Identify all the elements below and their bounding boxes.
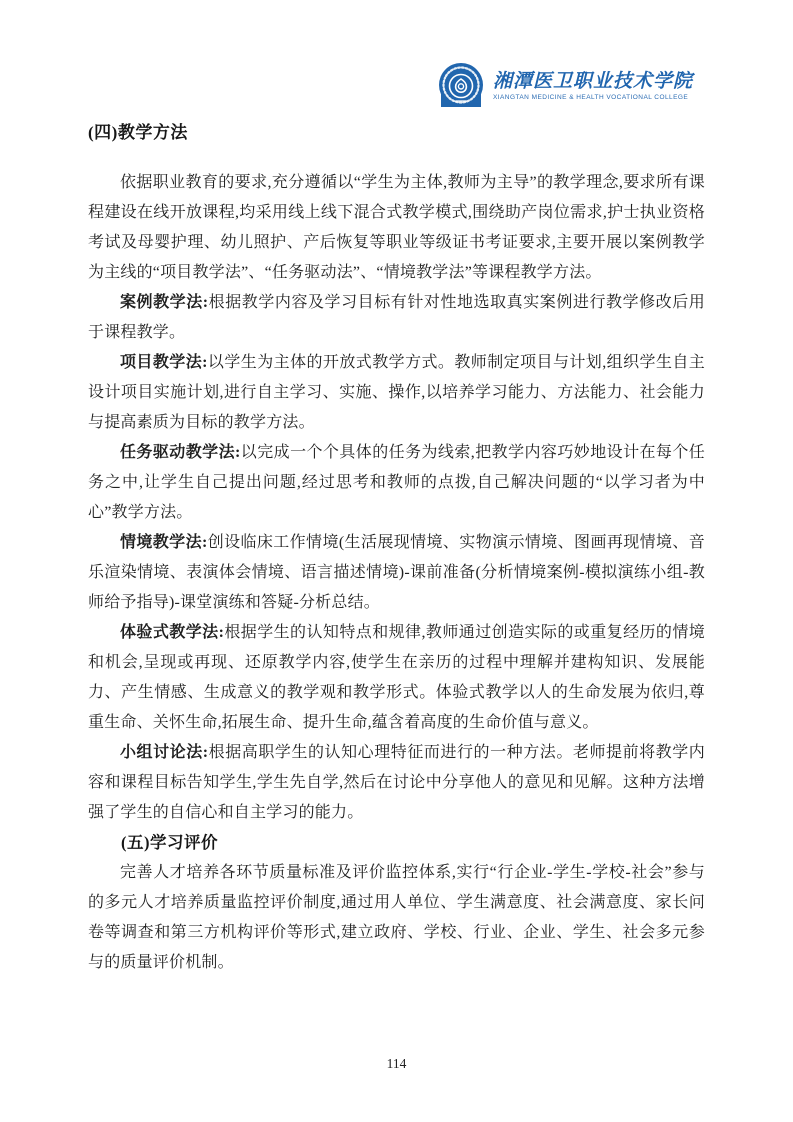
method-paragraph-group-discussion: 小组讨论法:根据高职学生的认知心理特征而进行的一种方法。老师提前将教学内容和课程… bbox=[88, 738, 705, 828]
method-term: 小组讨论法: bbox=[120, 744, 208, 761]
method-term: 项目教学法: bbox=[120, 354, 208, 371]
method-term: 体验式教学法: bbox=[120, 624, 224, 641]
college-name-chinese: 湘潭医卫职业技术学院 bbox=[493, 70, 693, 92]
document-content: (四)教学方法 依据职业教育的要求,充分遵循以“学生为主体,教师为主导”的教学理… bbox=[88, 120, 705, 978]
method-paragraph-experiential: 体验式教学法:根据学生的认知特点和规律,教师通过创造实际的或重复经历的情境和机会… bbox=[88, 618, 705, 738]
method-term: 案例教学法: bbox=[120, 294, 208, 311]
method-term: 任务驱动教学法: bbox=[120, 444, 241, 461]
evaluation-paragraph: 完善人才培养各环节质量标准及评价监控体系,实行“行企业-学生-学校-社会”参与的… bbox=[88, 858, 705, 978]
method-paragraph-task-driven: 任务驱动教学法:以完成一个个具体的任务为线索,把教学内容巧妙地设计在每个任务之中… bbox=[88, 438, 705, 528]
method-term: 情境教学法: bbox=[120, 534, 208, 551]
section-heading-teaching-methods: (四)教学方法 bbox=[88, 120, 705, 145]
college-logo-text: 湘潭医卫职业技术学院 XIANGTAN MEDICINE & HEALTH VO… bbox=[493, 70, 693, 101]
page-number: 114 bbox=[387, 1056, 407, 1072]
method-paragraph-project-teaching: 项目教学法:以学生为主体的开放式教学方式。教师制定项目与计划,组织学生自主设计项… bbox=[88, 348, 705, 438]
method-paragraph-situational: 情境教学法:创设临床工作情境(生活展现情境、实物演示情境、图画再现情境、音乐渲染… bbox=[88, 528, 705, 618]
section-heading-learning-evaluation: (五)学习评价 bbox=[88, 828, 705, 858]
page-footer: 114 bbox=[0, 1032, 793, 1122]
college-name-english: XIANGTAN MEDICINE & HEALTH VOCATIONAL CO… bbox=[493, 94, 693, 101]
intro-paragraph: 依据职业教育的要求,充分遵循以“学生为主体,教师为主导”的教学理念,要求所有课程… bbox=[88, 168, 705, 288]
college-emblem-icon bbox=[435, 59, 487, 111]
page-header: 湘潭医卫职业技术学院 XIANGTAN MEDICINE & HEALTH VO… bbox=[0, 0, 793, 112]
college-logo: 湘潭医卫职业技术学院 XIANGTAN MEDICINE & HEALTH VO… bbox=[435, 58, 693, 112]
document-page: 湘潭医卫职业技术学院 XIANGTAN MEDICINE & HEALTH VO… bbox=[0, 0, 793, 1122]
method-paragraph-case-teaching: 案例教学法:根据教学内容及学习目标有针对性地选取真实案例进行教学修改后用于课程教… bbox=[88, 288, 705, 348]
